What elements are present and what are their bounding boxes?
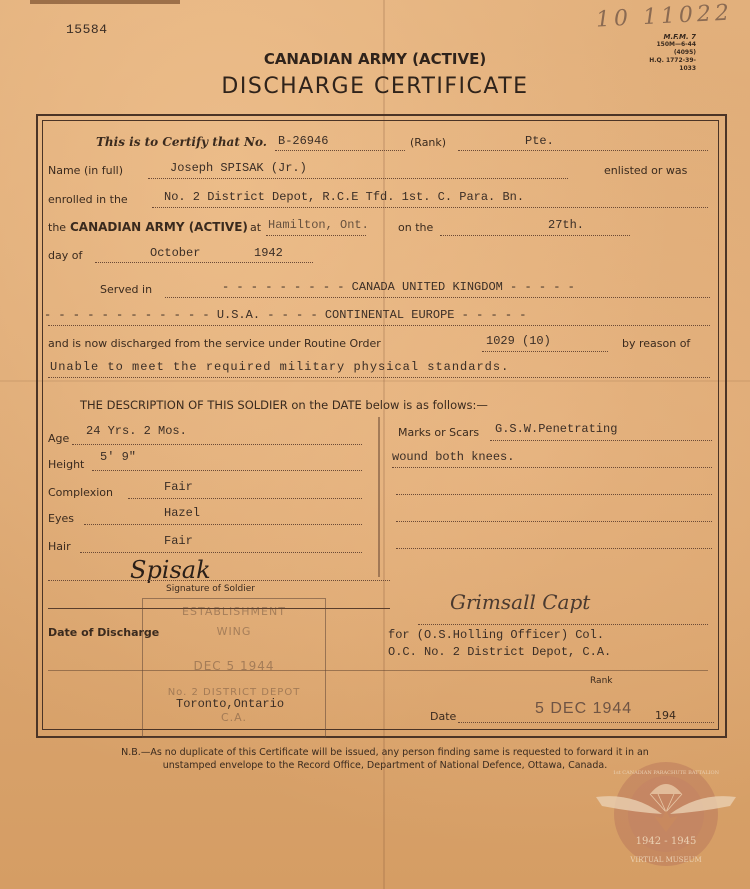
paper-edge [30, 0, 180, 4]
army-prefix-label: the [48, 221, 66, 234]
dotted-line [148, 178, 568, 179]
discharged-label: and is now discharged from the service u… [48, 337, 381, 350]
dotted-line [95, 262, 313, 263]
soldier-signature-label: Signature of Soldier [166, 584, 255, 594]
height-label: Height [48, 458, 84, 471]
dotted-line [490, 440, 712, 441]
stamp-date: DEC 5 1944 [143, 659, 325, 673]
army-label: CANADIAN ARMY (ACTIVE) [70, 220, 248, 234]
soldier-name: Joseph SPISAK (Jr.) [170, 161, 307, 175]
stamp-line: C.A. [143, 711, 325, 724]
service-line-2: - - - - - - - - - - - - U.S.A. - - - - C… [44, 308, 526, 322]
dotted-line [128, 498, 362, 499]
dotted-line [396, 521, 712, 522]
column-divider [378, 417, 380, 577]
eyes-value: Hazel [164, 506, 200, 520]
serial-number: 15584 [66, 22, 108, 37]
date-year-prefix: 194 [655, 709, 676, 722]
name-label: Name (in full) [48, 164, 123, 177]
served-in-label: Served in [100, 283, 152, 296]
on-the-label: on the [398, 221, 433, 234]
dotted-line [165, 297, 710, 298]
rank-caption: Rank [590, 676, 613, 686]
footer-note-line: N.B.—As no duplicate of this Certificate… [40, 746, 730, 759]
enlisted-label: enlisted or was [604, 164, 687, 177]
reason-label: by reason of [622, 337, 690, 350]
age-value: 24 Yrs. 2 Mos. [86, 424, 187, 438]
complexion-value: Fair [164, 480, 193, 494]
description-heading: THE DESCRIPTION OF THIS SOLDIER on the D… [80, 398, 488, 412]
dotted-line [92, 470, 362, 471]
dotted-line [152, 207, 708, 208]
officer-line-1: for (O.S.Holling Officer) Col. [388, 628, 604, 642]
enrolled-label: enrolled in the [48, 193, 128, 206]
rank-value: Pte. [525, 134, 554, 148]
height-value: 5' 9" [100, 450, 136, 464]
rank-label: (Rank) [410, 136, 446, 149]
watermark-bottom-text: VIRTUAL MUSEUM [629, 856, 701, 864]
dotted-line [84, 524, 362, 525]
discharge-reason: Unable to meet the required military phy… [50, 360, 509, 374]
marks-value-line-2: wound both knees. [392, 450, 514, 464]
establishment-stamp: ESTABLISHMENT WING DEC 5 1944 No. 2 DIST… [142, 598, 326, 738]
unit-value: No. 2 District Depot, R.C.E Tfd. 1st. C.… [164, 190, 524, 204]
hair-value: Fair [164, 534, 193, 548]
officer-line-2: O.C. No. 2 District Depot, C.A. [388, 645, 611, 659]
dotted-line [396, 548, 712, 549]
age-label: Age [48, 432, 69, 445]
dotted-line [72, 444, 362, 445]
dotted-line [458, 722, 714, 723]
watermark-years: 1942 - 1945 [636, 836, 697, 847]
parachute-wings-emblem-icon: 1942 - 1945 VIRTUAL MUSEUM 1st CANADIAN … [592, 762, 740, 872]
dotted-line [48, 377, 710, 378]
handwritten-reference: 10 11022 [595, 0, 733, 32]
month-value: October [150, 246, 200, 260]
marks-value-line-1: G.S.W.Penetrating [495, 422, 617, 436]
place-value: Hamilton, Ont. [268, 218, 369, 232]
day-of-label: day of [48, 249, 82, 262]
officer-signature: Grimsall Capt [450, 590, 590, 614]
dotted-line [266, 235, 366, 236]
marks-label: Marks or Scars [398, 426, 479, 439]
watermark-top-text: 1st CANADIAN PARACHUTE BATTALION [613, 770, 720, 776]
dotted-line [392, 467, 712, 468]
dotted-line [418, 624, 708, 625]
certify-label: This is to Certify that No. [96, 135, 267, 149]
hair-label: Hair [48, 540, 71, 553]
organization-heading: CANADIAN ARMY (ACTIVE) [0, 50, 750, 68]
document-title: DISCHARGE CERTIFICATE [0, 74, 750, 99]
dotted-line [482, 351, 608, 352]
virtual-museum-watermark: 1942 - 1945 VIRTUAL MUSEUM 1st CANADIAN … [592, 762, 740, 872]
year-value: 1942 [254, 246, 283, 260]
form-code-line: M.F.M. 7 [640, 33, 696, 41]
stamp-line: WING [143, 625, 325, 638]
dotted-line [440, 235, 630, 236]
complexion-label: Complexion [48, 486, 113, 499]
dotted-line [48, 580, 390, 581]
routine-order-value: 1029 (10) [486, 334, 551, 348]
discharge-location: Toronto,Ontario [176, 697, 284, 711]
date-label: Date [430, 710, 456, 723]
date-stamp: 5 DEC 1944 [535, 700, 632, 718]
service-line-1: - - - - - - - - - CANADA UNITED KINGDOM … [222, 280, 575, 294]
stamp-line: ESTABLISHMENT [143, 605, 325, 618]
eyes-label: Eyes [48, 512, 74, 525]
dotted-line [275, 150, 405, 151]
dotted-line [396, 494, 712, 495]
dotted-line [80, 552, 362, 553]
at-label: at [250, 221, 261, 234]
regimental-number: B-26946 [278, 134, 328, 148]
dotted-line [458, 150, 708, 151]
day-value: 27th. [548, 218, 584, 232]
dotted-line [48, 325, 710, 326]
